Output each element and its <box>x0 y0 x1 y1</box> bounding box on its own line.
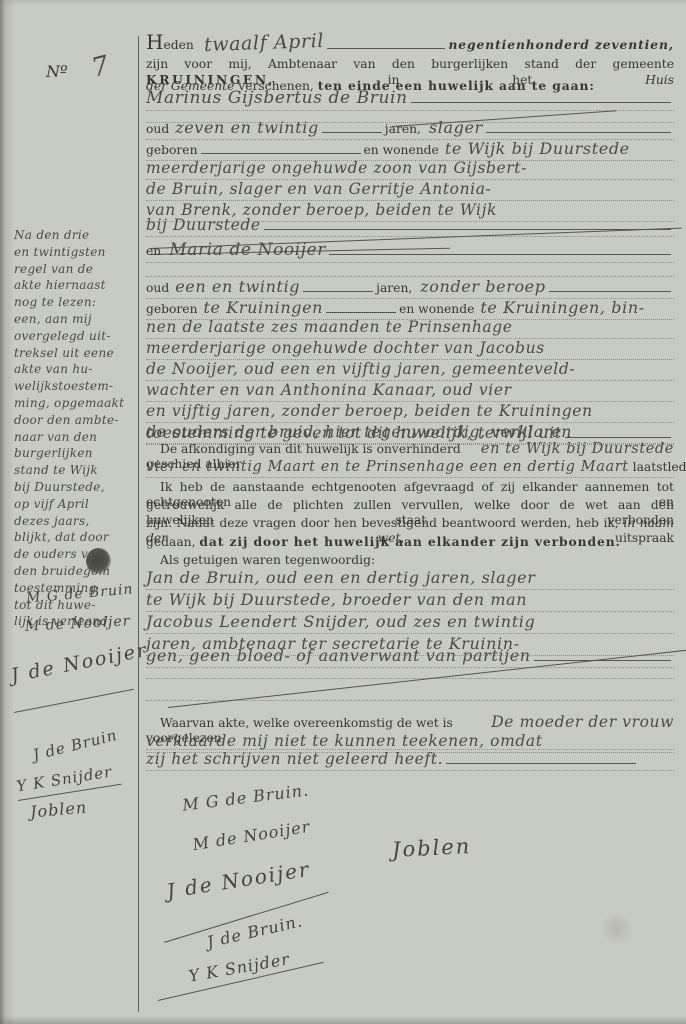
margin-note-line: nog te lezen: <box>14 295 134 312</box>
bride-name-line: en Maria de Nooijer <box>146 240 674 263</box>
bride-birthplace-handwritten: te Kruiningen <box>204 298 324 317</box>
fill-stroke <box>303 291 373 292</box>
margin-note-line: Na den drie <box>14 228 134 245</box>
margin-note-line: overgelegd uit- <box>14 329 134 346</box>
margin-note-line: de ouders van <box>14 547 134 564</box>
wonende-label: en wonende <box>399 302 474 317</box>
vows-text: zijn. Nadat deze vragen door hen bevesti… <box>146 516 623 530</box>
empty-ruled-line <box>146 686 674 701</box>
heden-label: Heden <box>146 30 194 55</box>
margin-note-line: welijkstoestem- <box>14 379 134 396</box>
closing-handwritten-1: De moeder der vrouw <box>491 713 674 731</box>
witnesses-label: Als getuigen waren tegenwoordig: <box>146 553 674 568</box>
fill-stroke <box>322 132 382 133</box>
groom-name-handwritten: Marinus Gijsbertus de Bruin <box>146 88 408 108</box>
witness-line: gen, geen bloed- of aanverwant van parti… <box>146 646 531 665</box>
margin-note-line: naar van den <box>14 430 134 447</box>
groom-last-line: bij Duurstede <box>146 216 674 237</box>
witness-line: te Wijk bij Duurstede, broeder van den m… <box>146 590 674 612</box>
groom-occupation-handwritten: slager <box>429 118 483 137</box>
groom-born-residence-line: geboren en wonende te Wijk bij Duurstede <box>146 139 674 161</box>
opening-text: zijn voor mij, Ambtenaar van den burgerl… <box>146 57 674 71</box>
marriage-year: negentienhonderd zeventien, <box>448 37 674 52</box>
jaren-label: jaren, <box>376 281 412 296</box>
signature-bride: M de Nooijer <box>191 817 311 854</box>
margin-signature-father-bride: J de Nooijer <box>9 639 150 687</box>
groom-parents-line: bij Duurstede <box>146 216 261 234</box>
marriage-date-handwritten: twaalf April <box>203 30 324 56</box>
document-page: Nº 7 Na den drieen twintigstenregel van … <box>0 0 686 1024</box>
bride-parents-line: wachter en van Anthonina Kanaar, oud vie… <box>146 381 674 402</box>
margin-signature-official: Joblen <box>29 798 88 822</box>
act-number-label: Nº <box>46 62 68 82</box>
marriage-declaration-phrase: dat zij door het huwelijk aan elkander z… <box>199 534 620 549</box>
fill-stroke <box>411 102 671 103</box>
margin-note-line: burgerlijken <box>14 446 134 463</box>
empty-ruled-line <box>146 664 674 679</box>
margin-note-line: stand te Wijk <box>14 463 134 480</box>
margin-note-line: regel van de <box>14 262 134 279</box>
bride-name-handwritten: Maria de Nooijer <box>169 240 326 260</box>
margin-note: Na den drieen twintigstenregel van deakt… <box>14 228 134 631</box>
paper-stain <box>600 912 634 946</box>
margin-note-line: en twintigsten <box>14 245 134 262</box>
banns-line-2: vier en twintig Maart en te Prinsenhage … <box>146 459 674 478</box>
witness-line: Jan de Bruin, oud een en dertig jaren, s… <box>146 568 674 590</box>
margin-note-line: blijkt, dat door <box>14 530 134 547</box>
witness-line: Jacobus Leendert Snijder, oud zes en twi… <box>146 612 674 634</box>
groom-age-handwritten: zeven en twintig <box>175 118 319 137</box>
en-label: en <box>146 244 161 259</box>
margin-note-line: bij Duurstede, <box>14 480 134 497</box>
oud-label: oud <box>146 281 169 296</box>
fill-stroke <box>201 153 361 154</box>
bride-age-handwritten: een en twintig <box>175 277 300 296</box>
ink-blot <box>86 548 111 574</box>
closing-handwritten-3: zij het schrijven niet geleerd heeft. <box>146 750 443 768</box>
bride-residence-handwritten: te Kruiningen, bin- <box>480 298 644 317</box>
bride-parents-line: meerderjarige ongehuwde dochter van Jaco… <box>146 339 674 360</box>
fill-stroke <box>486 132 671 133</box>
groom-age-occupation-line: oud zeven en twintig jaren, slager <box>146 118 674 140</box>
vows-line-4: gedaan, dat zij door het huwelijk aan el… <box>146 534 674 550</box>
geboren-label: geboren <box>146 143 198 158</box>
groom-parents-line: de Bruin, slager en van Gerritje Antonia… <box>146 180 674 201</box>
groom-parents-block: meerderjarige ongehuwde zoon van Gijsber… <box>146 159 674 222</box>
witnesses-block: Jan de Bruin, oud een en dertig jaren, s… <box>146 568 674 656</box>
opening-line-1: Heden twaalf April negentienhonderd zeve… <box>146 30 674 55</box>
empty-ruled-line <box>146 262 674 277</box>
bride-parents-line: nen de laatste zes maanden te Prinsenhag… <box>146 318 674 339</box>
pen-flourish <box>14 689 134 713</box>
margin-note-line: treksel uit eene <box>14 346 134 363</box>
vows-text: gedaan, <box>146 535 199 549</box>
margin-note-line: akte van hu- <box>14 362 134 379</box>
fill-stroke <box>326 312 396 313</box>
bride-parents-line: de Nooijer, oud een en vijftig jaren, ge… <box>146 360 674 381</box>
margin-note-line: door den ambte- <box>14 413 134 430</box>
margin-note-line: akte hiernaast <box>14 278 134 295</box>
signature-groom: M G de Bruin. <box>181 780 310 814</box>
margin-signature-witness-2: Y K Snijder <box>15 763 113 796</box>
oud-label: oud <box>146 122 169 137</box>
banns-places-handwritten-1: en te Wijk bij Duurstede <box>481 441 674 457</box>
banns-printed-end: laatstleden. <box>633 460 686 475</box>
act-number-value: 7 <box>89 50 113 83</box>
fill-stroke <box>446 763 636 764</box>
groom-parents-line: meerderjarige ongehuwde zoon van Gijsber… <box>146 159 674 180</box>
margin-note-line: ming, opgemaakt <box>14 396 134 413</box>
bride-born-residence-line: geboren te Kruiningen en wonende te Krui… <box>146 298 674 320</box>
fill-stroke <box>327 48 446 49</box>
groom-residence-handwritten: te Wijk bij Duurstede <box>445 139 630 158</box>
signature-father-bride: J de Nooijer <box>165 857 312 903</box>
signature-official: Joblen <box>391 834 471 862</box>
fill-stroke <box>549 291 671 292</box>
signature-witness-1: J de Bruin. <box>205 911 304 951</box>
geboren-label: geboren <box>146 302 198 317</box>
fill-stroke <box>329 254 671 255</box>
fill-stroke <box>565 437 671 438</box>
banns-places-handwritten-2: vier en twintig Maart en te Prinsenhage … <box>146 459 629 475</box>
bride-occupation-handwritten: zonder beroep <box>420 277 545 296</box>
bride-parents-line: toestemming te geven tot dit huwelijk, t… <box>146 424 562 442</box>
bride-age-occupation-line: oud een en twintig jaren, zonder beroep <box>146 277 674 299</box>
margin-signature-witness-1: J de Bruin <box>31 726 119 764</box>
closing-handwritten-2: verklaarde mij niet te kunnen teekenen, … <box>146 732 543 750</box>
margin-note-line: dezes jaars, <box>14 514 134 531</box>
margin-note-line: op vijf April <box>14 497 134 514</box>
fill-stroke <box>534 660 671 661</box>
wonende-label: en wonende <box>364 143 439 158</box>
margin-separator-rule <box>138 36 139 1012</box>
closing-line-3: zij het schrijven niet geleerd heeft. <box>146 750 674 771</box>
margin-note-line: een, aan mij <box>14 312 134 329</box>
bride-parents-line: en vijftig jaren, zonder beroep, beiden … <box>146 402 674 423</box>
jaren-label: jaren, <box>385 122 421 137</box>
margin-note-line: den bruidegom <box>14 564 134 581</box>
